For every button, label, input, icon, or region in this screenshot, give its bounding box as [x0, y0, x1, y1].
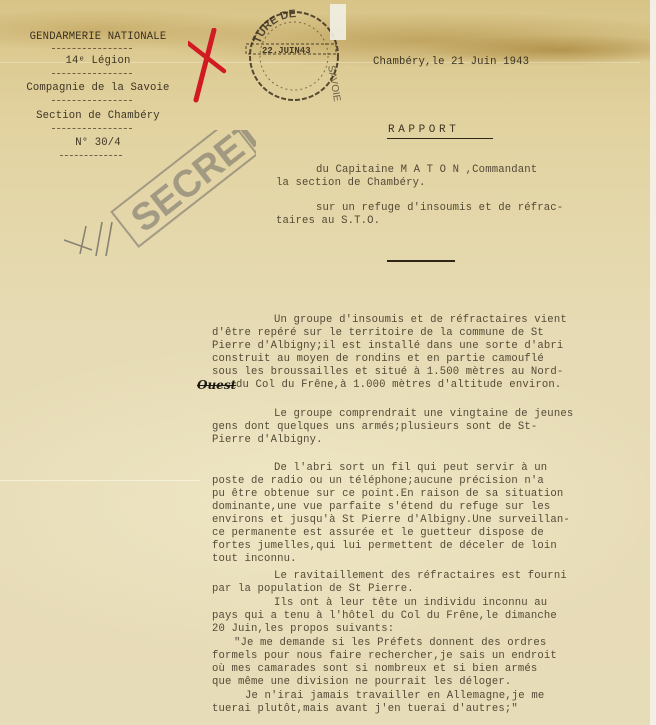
p3-line-3: pu être obtenue sur ce point.En raison d… — [212, 488, 563, 501]
divider — [52, 128, 132, 129]
p1-line-6: du Col du Frêne,à 1.000 mètres d'altitud… — [236, 379, 561, 392]
svg-text:TURE DE: TURE DE — [251, 8, 296, 45]
subject-line-1: sur un refuge d'insoumis et de réfrac- — [316, 202, 563, 215]
svg-text:SECRET: SECRET — [124, 130, 256, 241]
p1-line-4: construit au moyen de rondins et en part… — [212, 353, 544, 366]
secret-stamp-icon: SECRET — [56, 130, 256, 270]
p4-line-2: par la population de St Pierre. — [212, 583, 414, 596]
p3-line-6: ce permanente est assurée et le guetteur… — [212, 527, 544, 540]
divider — [52, 48, 132, 49]
author-line-1: du Capitaine M A T O N ,Commandant — [316, 164, 537, 177]
title-underline — [387, 138, 493, 139]
p3-line-1: De l'abri sort un fil qui peut servir à … — [274, 462, 547, 475]
p1-line-3: Pierre d'Albigny;il est installé dans un… — [212, 340, 563, 353]
p3-line-4: dominante,une vue parfaite s'étend du re… — [212, 501, 550, 514]
p3-line-5: environs et jusqu'à St Pierre d'Albigny.… — [212, 514, 570, 527]
p5-line-2: pays qui a tenu à l'hôtel du Col du Frên… — [212, 610, 557, 623]
red-x-mark-icon — [188, 28, 228, 103]
p3-line-7: fortes jumelles,qui lui permettent de dé… — [212, 540, 557, 553]
letterhead-company: Compagnie de la Savoie — [8, 82, 188, 95]
p6-line-1: "Je me demande si les Préfets donnent de… — [234, 637, 546, 650]
subject-line-2: taires au S.T.O. — [276, 215, 380, 228]
p7-line-2: tuerai plutôt,mais avant j'en tuerai d'a… — [212, 703, 518, 716]
round-stamp-icon: TURE DE 22.JUIN43 SAVOIE — [242, 4, 350, 102]
p4-line-1: Le ravitaillement des réfractaires est f… — [274, 570, 567, 583]
handwritten-annotation: Ouest — [197, 378, 236, 392]
document-page: GENDARMERIE NATIONALE 14ᵉ Légion Compagn… — [0, 0, 650, 725]
p6-line-2: formels pour nous faire rechercher,je sa… — [212, 650, 557, 663]
letterhead-legion: 14ᵉ Légion — [8, 55, 188, 68]
p5-line-3: 20 Juin,les propos suivants: — [212, 623, 394, 636]
section-separator — [387, 260, 455, 262]
p2-line-3: Pierre d'Albigny. — [212, 434, 323, 447]
svg-text:22.JUIN43: 22.JUIN43 — [262, 46, 311, 56]
report-title: RAPPORT — [388, 124, 459, 137]
divider — [52, 100, 132, 101]
p3-line-2: poste de radio ou un téléphone;aucune pr… — [212, 475, 544, 488]
p3-line-8: tout inconnu. — [212, 553, 297, 566]
date-line: Chambéry,le 21 Juin 1943 — [373, 56, 529, 69]
letterhead-org: GENDARMERIE NATIONALE — [8, 31, 188, 44]
divider — [52, 73, 132, 74]
paper-crease — [0, 480, 200, 481]
p1-line-5: sous les broussailles et situé à 1.500 m… — [212, 366, 563, 379]
p1-line-2: d'être repéré sur le territoire de la co… — [212, 327, 544, 340]
letterhead-section: Section de Chambéry — [8, 110, 188, 123]
p1-line-1: Un groupe d'insoumis et de réfractaires … — [274, 314, 567, 327]
author-line-2: la section de Chambéry. — [276, 177, 426, 190]
p6-line-3: où mes camarades sont si nombreux et si … — [212, 663, 537, 676]
p2-line-2: gens dont quelques uns armés;plusieurs s… — [212, 421, 537, 434]
p6-line-4: que même une division ne pourrait les dé… — [212, 676, 511, 689]
p2-line-1: Le groupe comprendrait une vingtaine de … — [274, 408, 573, 421]
page-edge — [650, 0, 656, 725]
p7-line-1: Je n'irai jamais travailler en Allemagne… — [245, 690, 544, 703]
p5-line-1: Ils ont à leur tête un individu inconnu … — [274, 597, 547, 610]
